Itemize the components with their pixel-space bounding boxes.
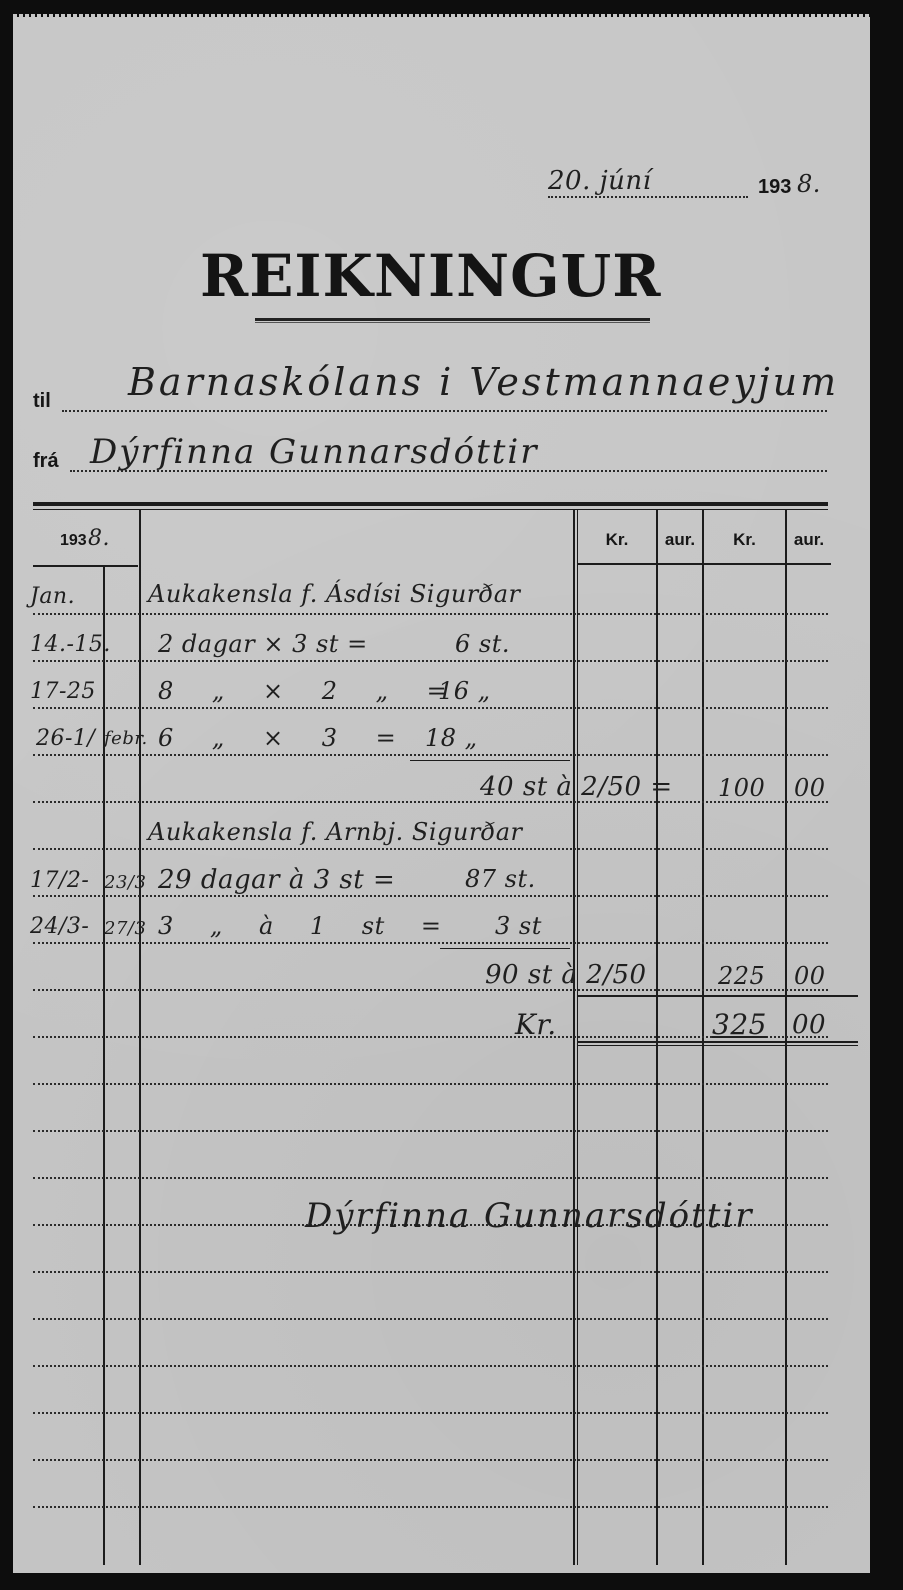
- row-line: [33, 1506, 828, 1508]
- row-line: [33, 848, 828, 850]
- total-kr: 325: [712, 1008, 767, 1041]
- table-top-rule-thin: [33, 509, 828, 510]
- table-top-rule: [33, 502, 828, 506]
- row-date-sub: febr.: [104, 728, 148, 749]
- from-label: frá: [33, 450, 59, 473]
- subtotal-kr: 225: [718, 962, 765, 990]
- row-description: Aukakensla f. Arnbj. Sigurðar: [148, 818, 523, 846]
- row-date-sub: 23/3: [104, 872, 146, 893]
- header-kr-2: Kr.: [704, 530, 785, 550]
- date-dotted-line: [548, 196, 748, 198]
- row-description: 29 dagar à 3 st =: [158, 865, 395, 895]
- row-line: [33, 989, 828, 991]
- row-date: 24/3-: [30, 914, 89, 939]
- total-bottom-rule: [578, 1041, 858, 1043]
- row-line: [33, 1318, 828, 1320]
- amount-header-underline: [578, 563, 831, 565]
- row-line: [33, 1036, 828, 1038]
- row-date: 17/2-: [30, 868, 89, 893]
- date-year-handwritten: 8.: [797, 170, 821, 198]
- row-line: [33, 613, 828, 615]
- title-underline: [255, 318, 650, 321]
- row-line: [33, 942, 828, 944]
- total-top-rule: [578, 995, 858, 997]
- title-underline: [255, 322, 650, 323]
- total-bottom-rule-double: [578, 1045, 858, 1046]
- row-date: 17-25: [30, 679, 96, 704]
- subtotal-kr: 100: [718, 774, 765, 802]
- year-header-handwritten: 8.: [88, 526, 110, 551]
- row-description: 3 „ à 1 st =: [158, 912, 442, 940]
- row-calc: 3 st: [495, 912, 542, 940]
- row-description: 8 „ × 2 „ =: [158, 677, 447, 705]
- row-calc: 87 st.: [465, 865, 536, 893]
- row-line: [33, 1365, 828, 1367]
- row-description: Aukakensla f. Ásdísi Sigurðar: [148, 580, 521, 608]
- from-sender: Dýrfinna Gunnarsdóttir: [90, 432, 539, 472]
- to-label: til: [33, 390, 51, 413]
- row-line: [33, 1271, 828, 1273]
- to-recipient: Barnaskólans i Vestmannaeyjum: [128, 360, 839, 404]
- row-calc: 6 st.: [455, 630, 510, 658]
- row-date: Jan.: [30, 584, 75, 609]
- header-aur-1: aur.: [658, 530, 702, 550]
- date-sub-divider: [103, 565, 105, 1565]
- row-date: 26-1/: [36, 726, 95, 751]
- header-kr-1: Kr.: [578, 530, 656, 550]
- row-date-sub: 27/3: [104, 918, 146, 939]
- signature: Dýrfinna Gunnarsdóttir: [305, 1196, 754, 1236]
- year-header-printed: 193: [60, 532, 87, 550]
- row-line: [33, 801, 828, 803]
- row-date: 14.-15.: [30, 632, 111, 657]
- total-aur: 00: [792, 1010, 826, 1040]
- subtotal-underline-1: [410, 760, 570, 761]
- subtotal-aur: 00: [794, 774, 826, 802]
- row-line: [33, 754, 828, 756]
- row-line: [33, 707, 828, 709]
- subtotal-calc: 90 st à 2/50: [485, 960, 647, 990]
- subtotal-underline-2: [440, 948, 570, 949]
- to-dotted-line: [62, 410, 827, 412]
- header-aur-2: aur.: [787, 530, 831, 550]
- row-line: [33, 1459, 828, 1461]
- row-line: [33, 1412, 828, 1414]
- document-title: REIKNINGUR: [200, 247, 661, 305]
- row-line: [33, 1083, 828, 1085]
- row-line: [33, 895, 828, 897]
- subtotal-calc: 40 st à 2/50 =: [480, 772, 673, 802]
- row-line: [33, 1130, 828, 1132]
- row-calc: 16 „: [438, 677, 491, 705]
- row-description: 2 dagar × 3 st =: [158, 630, 368, 658]
- date-day-month: 20. júní: [548, 166, 651, 196]
- row-line: [33, 660, 828, 662]
- date-year-printed: 193: [758, 176, 791, 199]
- row-calc: 18 „: [425, 724, 478, 752]
- row-line: [33, 1177, 828, 1179]
- year-header-underline: [33, 565, 138, 567]
- total-label: Kr.: [515, 1008, 557, 1041]
- row-description: 6 „ × 3 =: [158, 724, 396, 752]
- subtotal-aur: 00: [794, 962, 826, 990]
